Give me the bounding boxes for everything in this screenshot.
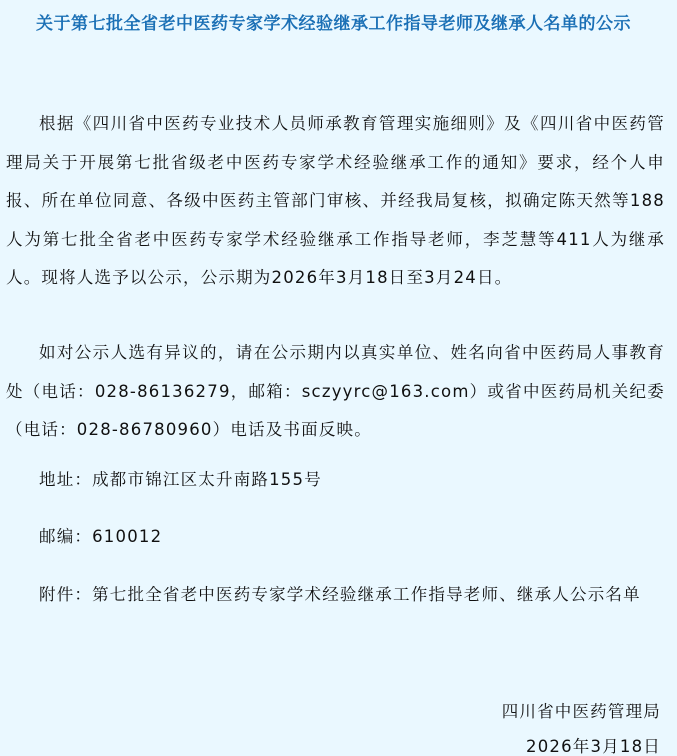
signature-organization: 四川省中医药管理局 [502,698,661,722]
body-paragraph-basis: 根据《四川省中医药专业技术人员师承教育管理实施细则》及《四川省中医药管理局关于开… [6,105,665,298]
attachment-link[interactable]: 附件：第七批全省老中医药专家学术经验继承工作指导老师、继承人公示名单 [6,576,665,615]
notice-title: 关于第七批全省老中医药专家学术经验继承工作指导老师及继承人名单的公示 [6,6,661,42]
signature-date: 2026年3月18日 [526,733,661,756]
body-paragraph-objection-contact: 如对公示人选有异议的，请在公示期内以真实单位、姓名向省中医药局人事教育处（电话：… [6,334,665,450]
postcode-line: 邮编：610012 [6,518,665,557]
notice-document: 关于第七批全省老中医药专家学术经验继承工作指导老师及继承人名单的公示 根据《四川… [0,6,677,756]
address-line: 地址：成都市锦江区太升南路155号 [6,461,665,500]
